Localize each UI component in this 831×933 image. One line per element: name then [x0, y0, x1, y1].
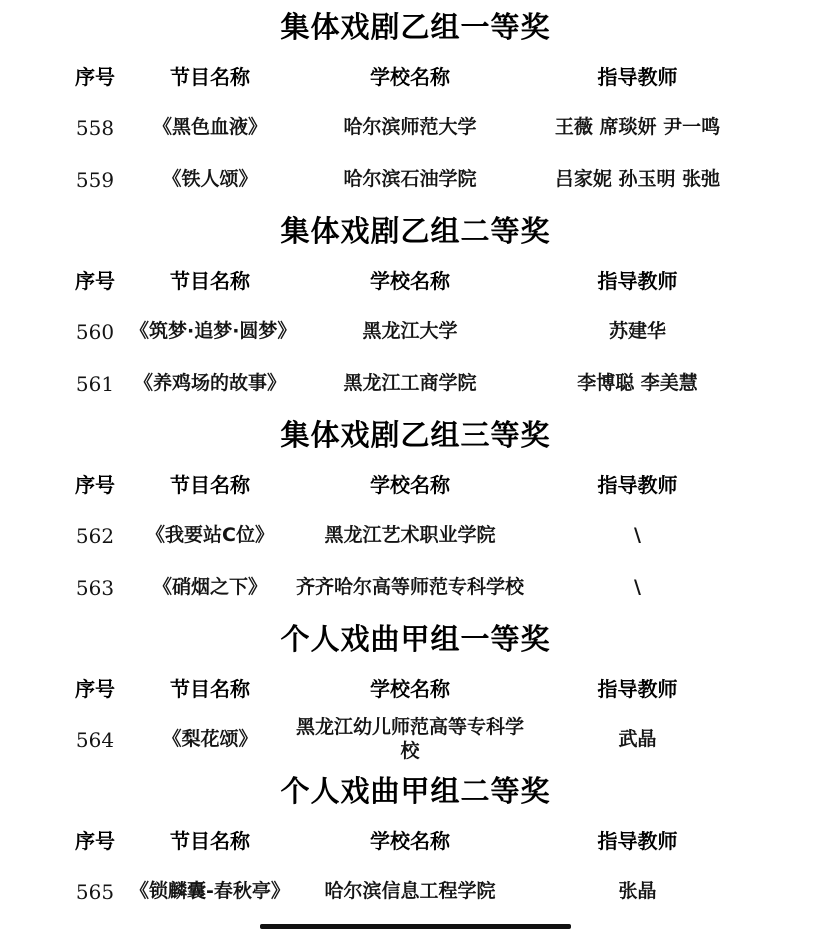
teacher-names: 苏建华	[530, 320, 745, 344]
award-table: 序号 节目名称 学校名称 指导教师 558 《黑色血液》 哈尔滨师范大学 王薇 …	[0, 52, 831, 206]
program-name: 《我要站C位》	[130, 524, 290, 548]
row-serial: 561	[60, 372, 130, 397]
school-name: 哈尔滨信息工程学院	[290, 880, 530, 904]
row-serial: 560	[60, 320, 130, 345]
program-name: 《硝烟之下》	[130, 576, 290, 600]
teacher-names: \	[530, 576, 745, 600]
school-name: 黑龙江大学	[290, 320, 530, 344]
header-serial: 序号	[60, 65, 130, 90]
header-program: 节目名称	[130, 829, 290, 854]
table-row: 559 《铁人颂》 哈尔滨石油学院 吕家妮 孙玉明 张弛	[0, 154, 831, 206]
award-section: 集体戏剧乙组三等奖 序号 节目名称 学校名称 指导教师 562 《我要站C位》 …	[0, 410, 831, 614]
sections-container: 集体戏剧乙组一等奖 序号 节目名称 学校名称 指导教师 558 《黑色血液》 哈…	[0, 2, 831, 918]
school-name: 哈尔滨石油学院	[290, 168, 530, 192]
award-table: 序号 节目名称 学校名称 指导教师 562 《我要站C位》 黑龙江艺术职业学院 …	[0, 460, 831, 614]
header-serial: 序号	[60, 829, 130, 854]
table-row: 562 《我要站C位》 黑龙江艺术职业学院 \	[0, 510, 831, 562]
table-header-row: 序号 节目名称 学校名称 指导教师	[0, 256, 831, 306]
row-serial: 563	[60, 576, 130, 601]
table-row: 565 《锁麟囊-春秋亭》 哈尔滨信息工程学院 张晶	[0, 866, 831, 918]
header-teacher: 指导教师	[530, 269, 745, 294]
program-name: 《铁人颂》	[130, 168, 290, 192]
header-serial: 序号	[60, 473, 130, 498]
program-name: 《养鸡场的故事》	[130, 372, 290, 396]
header-program: 节目名称	[130, 677, 290, 702]
awards-document: 集体戏剧乙组一等奖 序号 节目名称 学校名称 指导教师 558 《黑色血液》 哈…	[0, 0, 831, 933]
program-name: 《锁麟囊-春秋亭》	[130, 880, 290, 904]
school-name: 齐齐哈尔高等师范专科学校	[290, 576, 530, 600]
header-school: 学校名称	[290, 269, 530, 294]
program-name: 《梨花颂》	[130, 728, 290, 752]
header-school: 学校名称	[290, 677, 530, 702]
award-section: 集体戏剧乙组二等奖 序号 节目名称 学校名称 指导教师 560 《筑梦·追梦·圆…	[0, 206, 831, 410]
table-row: 560 《筑梦·追梦·圆梦》 黑龙江大学 苏建华	[0, 306, 831, 358]
school-name: 黑龙江幼儿师范高等专科学校	[290, 716, 530, 764]
teacher-names: 王薇 席琰妍 尹一鸣	[530, 116, 745, 140]
table-row: 561 《养鸡场的故事》 黑龙江工商学院 李博聪 李美慧	[0, 358, 831, 410]
award-section: 个人戏曲甲组二等奖 序号 节目名称 学校名称 指导教师 565 《锁麟囊-春秋亭…	[0, 766, 831, 918]
school-name: 黑龙江工商学院	[290, 372, 530, 396]
school-name: 黑龙江艺术职业学院	[290, 524, 530, 548]
program-name: 《黑色血液》	[130, 116, 290, 140]
header-school: 学校名称	[290, 473, 530, 498]
school-name: 哈尔滨师范大学	[290, 116, 530, 140]
header-program: 节目名称	[130, 473, 290, 498]
row-serial: 559	[60, 168, 130, 193]
section-title: 个人戏曲甲组二等奖	[0, 766, 831, 816]
table-row: 564 《梨花颂》 黑龙江幼儿师范高等专科学校 武晶	[0, 714, 831, 766]
teacher-names: 李博聪 李美慧	[530, 372, 745, 396]
header-teacher: 指导教师	[530, 829, 745, 854]
table-header-row: 序号 节目名称 学校名称 指导教师	[0, 52, 831, 102]
teacher-names: 张晶	[530, 880, 745, 904]
header-school: 学校名称	[290, 65, 530, 90]
section-title: 集体戏剧乙组一等奖	[0, 2, 831, 52]
teacher-names: 吕家妮 孙玉明 张弛	[530, 168, 745, 192]
header-teacher: 指导教师	[530, 677, 745, 702]
table-row: 558 《黑色血液》 哈尔滨师范大学 王薇 席琰妍 尹一鸣	[0, 102, 831, 154]
program-name: 《筑梦·追梦·圆梦》	[130, 320, 290, 344]
header-teacher: 指导教师	[530, 473, 745, 498]
award-table: 序号 节目名称 学校名称 指导教师 565 《锁麟囊-春秋亭》 哈尔滨信息工程学…	[0, 816, 831, 918]
header-school: 学校名称	[290, 829, 530, 854]
teacher-names: 武晶	[530, 728, 745, 752]
section-title: 个人戏曲甲组一等奖	[0, 614, 831, 664]
row-serial: 562	[60, 524, 130, 549]
table-header-row: 序号 节目名称 学校名称 指导教师	[0, 664, 831, 714]
header-program: 节目名称	[130, 65, 290, 90]
award-section: 个人戏曲甲组一等奖 序号 节目名称 学校名称 指导教师 564 《梨花颂》 黑龙…	[0, 614, 831, 766]
table-header-row: 序号 节目名称 学校名称 指导教师	[0, 460, 831, 510]
header-program: 节目名称	[130, 269, 290, 294]
section-title: 集体戏剧乙组二等奖	[0, 206, 831, 256]
table-row: 563 《硝烟之下》 齐齐哈尔高等师范专科学校 \	[0, 562, 831, 614]
row-serial: 565	[60, 880, 130, 905]
award-section: 集体戏剧乙组一等奖 序号 节目名称 学校名称 指导教师 558 《黑色血液》 哈…	[0, 2, 831, 206]
header-serial: 序号	[60, 269, 130, 294]
row-serial: 558	[60, 116, 130, 141]
bottom-partial-bar	[260, 924, 571, 929]
table-header-row: 序号 节目名称 学校名称 指导教师	[0, 816, 831, 866]
header-teacher: 指导教师	[530, 65, 745, 90]
row-serial: 564	[60, 728, 130, 753]
section-title: 集体戏剧乙组三等奖	[0, 410, 831, 460]
award-table: 序号 节目名称 学校名称 指导教师 564 《梨花颂》 黑龙江幼儿师范高等专科学…	[0, 664, 831, 766]
teacher-names: \	[530, 524, 745, 548]
award-table: 序号 节目名称 学校名称 指导教师 560 《筑梦·追梦·圆梦》 黑龙江大学 苏…	[0, 256, 831, 410]
header-serial: 序号	[60, 677, 130, 702]
